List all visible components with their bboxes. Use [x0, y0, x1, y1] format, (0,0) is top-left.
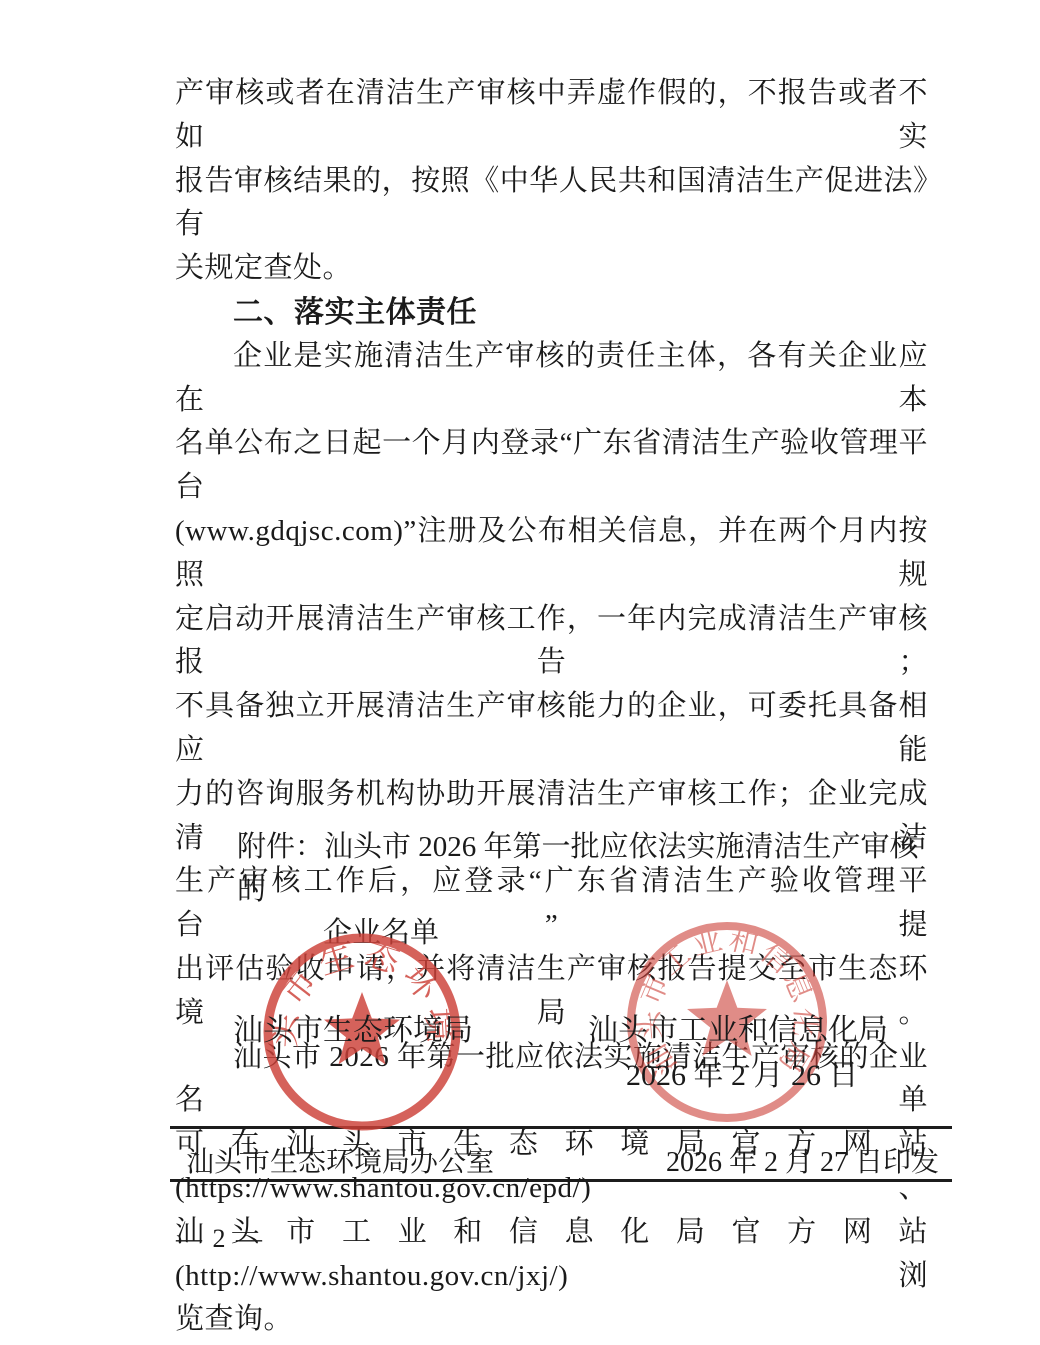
body-line: 产审核或者在清洁生产审核中弄虚作假的，不报告或者不如实	[175, 72, 928, 160]
body-line: (www.gdqjsc.com)”注册及公布相关信息，并在两个月内按照规	[175, 510, 928, 598]
body-line: 不具备独立开展清洁生产审核能力的企业，可委托具备相应能	[175, 685, 928, 773]
footer-issuing-office: 汕头市生态环境局办公室	[186, 1140, 494, 1180]
right-signature-org: 汕头市工业和信息化局	[588, 1005, 888, 1049]
signature-date: 2026 年 2 月 26 日	[626, 1050, 859, 1094]
attachment-line-1: 附件：汕头市 2026 年第一批应依法实施清洁生产审核的	[175, 826, 935, 912]
body-line: 定启动开展清洁生产审核工作，一年内完成清洁生产审核报告；	[175, 598, 928, 686]
left-signature-org: 汕头市生态环境局	[233, 1005, 473, 1049]
body-line: 览查询。	[175, 1298, 928, 1342]
footer-rule-bottom	[170, 1179, 952, 1182]
body-line: 名单公布之日起一个月内登录“广东省清洁生产验收管理平台	[175, 422, 928, 510]
body-line: 关规定查处。	[175, 247, 928, 291]
footer-print-date: 2026 年 2 月 27 日印发	[666, 1140, 939, 1180]
body-line: 企业是实施清洁生产审核的责任主体，各有关企业应在本	[175, 335, 928, 423]
document-page: 产审核或者在清洁生产审核中弄虚作假的，不报告或者不如实报告审核结果的，按照《中华…	[0, 0, 1040, 1345]
body-line: 汕头市工业和信息化局官方网站(http://www.shantou.gov.cn…	[175, 1211, 928, 1299]
section-heading: 二、落实主体责任	[175, 291, 928, 335]
body-line: 报告审核结果的，按照《中华人民共和国清洁生产促进法》有	[175, 160, 928, 248]
page-number: — 2 —	[176, 1224, 264, 1254]
